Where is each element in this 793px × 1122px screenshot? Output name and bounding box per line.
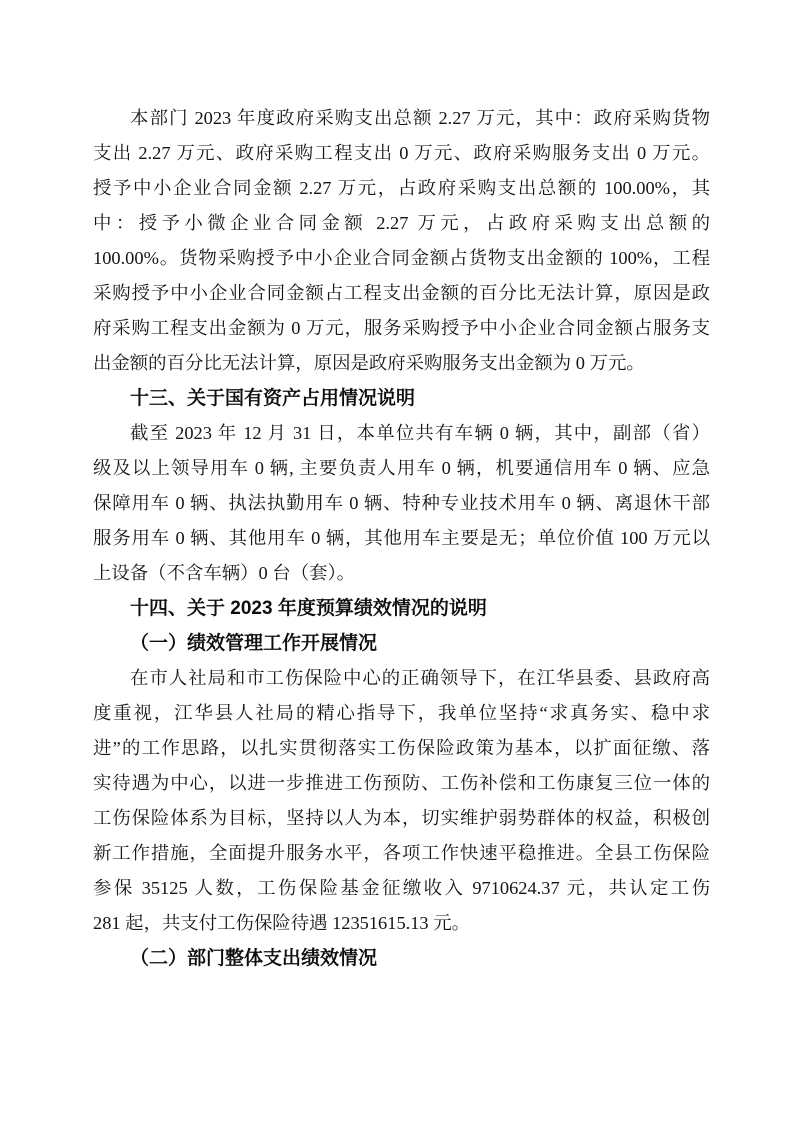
text-line: 在市人社局和市工伤保险中心的正确领导下，在江华县委、县政府高 xyxy=(93,661,710,696)
text-line: 截至 2023 年 12 月 31 日，本单位共有车辆 0 辆，其中，副部（省） xyxy=(93,416,710,451)
document-content: 本部门 2023 年度政府采购支出总额 2.27 万元，其中：政府采购货物 支出… xyxy=(93,101,710,976)
text-line: 保障用车 0 辆、执法执勤用车 0 辆、特种专业技术用车 0 辆、离退休干部 xyxy=(93,486,710,521)
text-line: 中：授予小微企业合同金额 2.27 万元，占政府采购支出总额的 xyxy=(93,206,710,241)
text-line: 府采购工程支出金额为 0 万元，服务采购授予中小企业合同金额占服务支 xyxy=(93,311,710,346)
text-line: 新工作措施，全面提升服务水平，各项工作快速平稳推进。全县工伤保险 xyxy=(93,836,710,871)
text-line: 度重视，江华县人社局的精心指导下，我单位坚持“求真务实、稳中求 xyxy=(93,696,710,731)
text-line: 出金额的百分比无法计算，原因是政府采购服务支出金额为 0 万元。 xyxy=(93,346,710,381)
sub-section-heading: （一）绩效管理工作开展情况 xyxy=(93,626,710,661)
text-line: 参保 35125 人数，工伤保险基金征缴收入 9710624.37 元，共认定工… xyxy=(93,871,710,906)
sub-section-heading: （二）部门整体支出绩效情况 xyxy=(93,941,710,976)
text-line: 本部门 2023 年度政府采购支出总额 2.27 万元，其中：政府采购货物 xyxy=(93,101,710,136)
text-line: 工伤保险体系为目标，坚持以人为本，切实维护弱势群体的权益，积极创 xyxy=(93,801,710,836)
text-line: 进”的工作思路，以扎实贯彻落实工伤保险政策为基本，以扩面征缴、落 xyxy=(93,731,710,766)
section-heading: 十四、关于 2023 年度预算绩效情况的说明 xyxy=(93,591,710,626)
heading-section-13: 十三、关于国有资产占用情况说明 xyxy=(93,381,710,416)
text-line: 100.00%。货物采购授予中小企业合同金额占货物支出金额的 100%，工程 xyxy=(93,241,710,276)
heading-section-14: 十四、关于 2023 年度预算绩效情况的说明 xyxy=(93,591,710,626)
subheading-overall-expenditure: （二）部门整体支出绩效情况 xyxy=(93,941,710,976)
text-line: 采购授予中小企业合同金额占工程支出金额的百分比无法计算，原因是政 xyxy=(93,276,710,311)
subheading-performance-management: （一）绩效管理工作开展情况 xyxy=(93,626,710,661)
text-line: 级及以上领导用车 0 辆, 主要负责人用车 0 辆，机要通信用车 0 辆、应急 xyxy=(93,451,710,486)
paragraph-state-owned-assets: 截至 2023 年 12 月 31 日，本单位共有车辆 0 辆，其中，副部（省）… xyxy=(93,416,710,591)
text-line: 支出 2.27 万元、政府采购工程支出 0 万元、政府采购服务支出 0 万元。 xyxy=(93,136,710,171)
text-line: 授予中小企业合同金额 2.27 万元，占政府采购支出总额的 100.00%，其 xyxy=(93,171,710,206)
text-line: 服务用车 0 辆、其他用车 0 辆，其他用车主要是无；单位价值 100 万元以 xyxy=(93,521,710,556)
section-heading: 十三、关于国有资产占用情况说明 xyxy=(93,381,710,416)
paragraph-government-procurement: 本部门 2023 年度政府采购支出总额 2.27 万元，其中：政府采购货物 支出… xyxy=(93,101,710,381)
document-page: 本部门 2023 年度政府采购支出总额 2.27 万元，其中：政府采购货物 支出… xyxy=(0,0,793,1122)
text-line: 281 起，共支付工伤保险待遇 12351615.13 元。 xyxy=(93,906,710,941)
text-line: 上设备（不含车辆）0 台（套）。 xyxy=(93,556,710,591)
paragraph-performance-management: 在市人社局和市工伤保险中心的正确领导下，在江华县委、县政府高 度重视，江华县人社… xyxy=(93,661,710,941)
text-line: 实待遇为中心，以进一步推进工伤预防、工伤补偿和工伤康复三位一体的 xyxy=(93,766,710,801)
